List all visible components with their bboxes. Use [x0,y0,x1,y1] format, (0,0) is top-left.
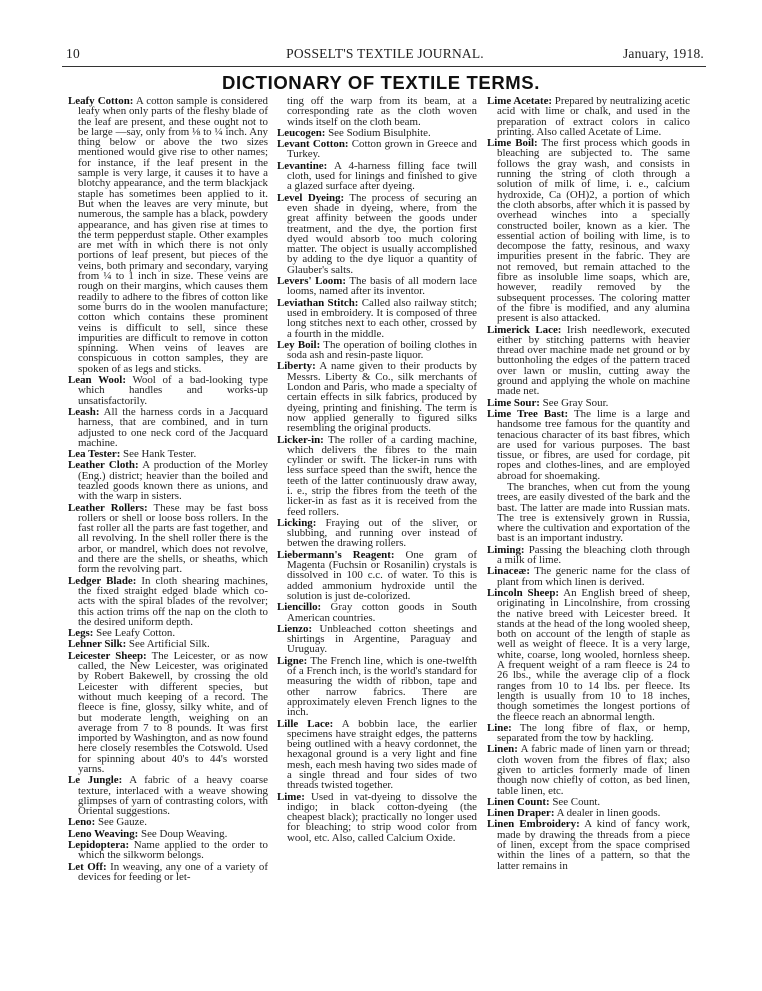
entry-definition: The long fibre of flax, or hemp, separat… [497,722,690,744]
dictionary-entry: Limerick Lace: Irish needlework, execute… [487,325,690,397]
entry-definition: ting off the warp from its beam, at a co… [287,95,477,128]
dictionary-entry: Ligne: The French line, which is one-twe… [277,656,477,718]
dictionary-entry: Leather Cloth: A production of the Morle… [68,460,268,501]
entry-term: Lehner Silk: [68,638,126,650]
dictionary-entry: Leviathan Stitch: Called also railway st… [277,298,477,339]
dictionary-entry: Lepidoptera: Name applied to the order t… [68,840,268,861]
column-3: Lime Acetate: Prepared by neutralizing a… [487,96,690,872]
dictionary-entry: Leather Rollers: These may be fast boss … [68,503,268,575]
dictionary-entry: Licking: Fraying out of the sliver, or s… [277,518,477,549]
dictionary-entry: Le Jungle: A fabric of a heavy coarse te… [68,775,268,816]
dictionary-entry: Lime Acetate: Prepared by neutralizing a… [487,96,690,137]
entry-term: Linen Draper: [487,807,554,819]
entry-definition: See Doup Weaving. [138,828,227,840]
entry-definition: In weaving, any one of a variety of devi… [78,861,268,883]
dictionary-entry: Leno: See Gauze. [68,817,268,827]
dictionary-entry: Linen Draper: A dealer in linen goods. [487,808,690,818]
dictionary-entry: Liming: Passing the bleaching cloth thro… [487,545,690,566]
dictionary-entry: Lea Tester: See Hank Tester. [68,449,268,459]
journal-title: POSSELT'S TEXTILE JOURNAL. [66,46,704,62]
dictionary-entry: Lime Tree Bast: The lime is a large and … [487,409,690,481]
dictionary-entry: Levers' Loom: The basis of all modern la… [277,276,477,297]
dictionary-entry: Lehner Silk: See Artificial Silk. [68,639,268,649]
entry-definition: The process of securing an even shade in… [287,192,477,276]
entry-definition: A bobbin lace, the earlier specimens hav… [287,718,477,792]
dictionary-entry: Leash: All the harness cords in a Jacqua… [68,407,268,448]
entry-definition: A cotton sample is considered leafy when… [78,95,268,375]
dictionary-entry: Legs: See Leafy Cotton. [68,628,268,638]
dictionary-entry: Liberty: A name given to their products … [277,361,477,433]
dictionary-entry: Line: The long fibre of flax, or hemp, s… [487,723,690,744]
entry-definition: The French line, which is one-twelfth of… [287,655,477,718]
entry-definition: Used in vat-dyeing to dissolve the indig… [287,791,477,844]
entry-term: Leucogen: [277,127,325,139]
entry-definition: Unbleached cotton sheetings and shirting… [287,623,477,656]
entry-definition: See Artificial Silk. [126,638,209,650]
dictionary-entry: Linaceæ: The generic name for the class … [487,566,690,587]
issue-date: January, 1918. [623,46,704,62]
dictionary-entry: Licker-in: The roller of a carding machi… [277,435,477,517]
header-rule [62,66,706,67]
entry-definition: Irish needlework, executed either by sti… [497,324,690,398]
entry-definition: See Leafy Cotton. [93,627,175,639]
dictionary-entry: Leafy Cotton: A cotton sample is conside… [68,96,268,374]
entry-term: Lea Tester: [68,448,120,460]
entry-definition: See Gauze. [95,816,147,828]
entry-definition: The branches, when cut from the young tr… [497,481,690,544]
entry-definition: The first process which goods in bleachi… [497,137,690,324]
entry-definition: A dealer in linen goods. [554,807,660,819]
dictionary-entry: Lincoln Sheep: An English breed of sheep… [487,588,690,722]
dictionary-entry: Liebermann's Reagent: One gram of Magent… [277,550,477,601]
entry-definition: Fraying out of the sliver, or slubbing, … [287,517,477,550]
dictionary-entry: Leno Weaving: See Doup Weaving. [68,829,268,839]
dictionary-entry: Lime Boil: The first process which goods… [487,138,690,323]
entry-term: Leno: [68,816,95,828]
entry-definition: All the harness cords in a Jacquard harn… [78,406,268,449]
running-header: 10 POSSELT'S TEXTILE JOURNAL. January, 1… [66,46,704,64]
dictionary-entry: Let Off: In weaving, any one of a variet… [68,862,268,883]
entry-definition: The Leicester, or as now called, the New… [78,650,268,775]
dictionary-entry: Lime Sour: See Gray Sour. [487,398,690,408]
entry-definition: See Hank Tester. [120,448,196,460]
dictionary-entry: ting off the warp from its beam, at a co… [277,96,477,127]
article-title: DICTIONARY OF TEXTILE TERMS. [0,72,762,94]
dictionary-entry: Lime: Used in vat-dyeing to dissolve the… [277,792,477,843]
entry-definition: The roller of a carding machine, which d… [287,434,477,518]
entry-definition: A fabric made of linen yarn or thread; c… [497,743,690,796]
dictionary-entry: Leucogen: See Sodium Bisulphite. [277,128,477,138]
dictionary-entry: Level Dyeing: The process of securing an… [277,193,477,275]
entry-definition: A name given to their products by Messrs… [287,360,477,434]
dictionary-entry: Lille Lace: A bobbin lace, the earlier s… [277,719,477,791]
dictionary-entry: Ley Boil: The operation of boiling cloth… [277,340,477,361]
column-1: Leafy Cotton: A cotton sample is conside… [68,96,268,883]
entry-definition: See Count. [550,796,601,808]
entry-definition: See Sodium Bisulphite. [325,127,430,139]
dictionary-entry: Ledger Blade: In cloth shearing machines… [68,576,268,627]
dictionary-entry: Linen Embroidery: A kind of fancy work, … [487,819,690,870]
entry-definition: The lime is a large and handsome tree fa… [497,408,690,482]
dictionary-entry: Lienzo: Unbleached cotton sheetings and … [277,624,477,655]
entry-definition: See Gray Sour. [540,397,608,409]
entry-term: Leno Weaving: [68,828,138,840]
dictionary-entry: Lean Wool: Wool of a bad-looking type wh… [68,375,268,406]
entry-term: Lime Sour: [487,397,540,409]
entry-definition: These may be fast boss rollers or shell … [78,502,268,576]
dictionary-entry: Linen Count: See Count. [487,797,690,807]
dictionary-entry: Levantine: A 4-harness filling face twil… [277,161,477,192]
entry-term: Legs: [68,627,93,639]
entry-term: Linen Count: [487,796,550,808]
column-2: ting off the warp from its beam, at a co… [277,96,477,844]
dictionary-entry: The branches, when cut from the young tr… [487,482,690,544]
entry-definition: An English breed of sheep, originating i… [497,587,690,723]
dictionary-entry: Levant Cotton: Cotton grown in Greece an… [277,139,477,160]
dictionary-entry: Leicester Sheep: The Leicester, or as no… [68,651,268,775]
entry-definition: Passing the bleaching cloth through a mi… [497,544,690,566]
dictionary-entry: Linen: A fabric made of linen yarn or th… [487,744,690,795]
dictionary-entry: Liencillo: Gray cotton goods in South Am… [277,602,477,623]
